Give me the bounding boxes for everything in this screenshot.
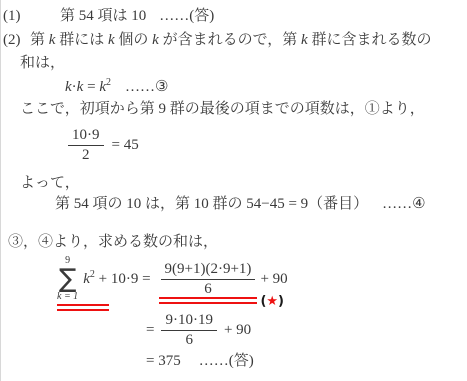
step1-text: 第 54 項は 10 [60,8,146,24]
superscript-2: 2 [106,77,111,88]
fraction-numerator: 9(9+1)(2·9+1) [161,260,256,280]
fraction-9-10-19: 9·10·19 6 [161,311,217,350]
math-solution-page: (1) 第 54 項は 10……(答) (2) 第 k 群には k 個の k が… [0,0,467,381]
fraction-sum-formula: 9(9+1)(2·9+1) 6 (★) [161,260,256,299]
star-annotation: (★) [260,294,284,309]
plus-90: + 90 [260,270,287,289]
fraction-result: = 45 [112,136,139,155]
final-result: = 375 [146,353,181,369]
step2-token: 第 [30,32,49,48]
step2-token: 群に含まれる数の [308,32,432,48]
fraction-numerator: 10·9 [68,126,104,146]
var-k: k [301,32,308,48]
equals-sign: = [83,79,99,95]
step2-token: 個の [115,32,153,48]
lhs-rest: + 10·9 = [99,271,151,287]
fraction-denominator: 2 [82,146,90,165]
terms-count-equation: 10·9 2 = 45 [68,126,139,165]
fraction-10-9-over-2: 10·9 2 [68,126,104,165]
equation-4-ref: ……④ [382,196,425,212]
plus-90: + 90 [224,321,251,340]
step1-line: 第 54 項は 10……(答) [60,7,214,26]
step2-continuation: 和は， [20,54,65,73]
page-edge-line [0,0,1,381]
fraction-numerator: 9·10·19 [161,311,217,331]
step2-text: 第 k 群には k 個の k が含まれるので，第 k 群に含まれる数の [30,31,431,50]
step1-answer-ref: ……(答) [159,8,214,24]
sum-intro-line: ③，④より，求める数の和は， [8,233,218,252]
star-paren-close: ) [278,294,284,309]
step1-number: (1) [3,7,21,26]
sigma-icon: ∑ [59,267,77,291]
final-answer-ref: ……(答) [199,353,254,369]
count-line: ここで，初項から第 9 群の最後の項までの項数は，①より， [20,100,425,119]
var-k: k [65,79,72,95]
position-line: 第 54 項の 10 は，第 10 群の 54−45 = 9（番目）……④ [55,195,426,214]
fraction-denominator: 6 [185,331,193,350]
summation-symbol-group: 9 ∑ k = 1 [57,255,78,303]
superscript-2: 2 [90,269,95,280]
var-k: k [83,271,90,287]
red-double-underline-fraction [159,297,258,304]
var-k: k [152,32,159,48]
var-k: k [99,79,106,95]
equation-3-ref: ……③ [125,79,168,95]
step2-number: (2) [3,31,21,50]
var-k: k [108,32,115,48]
main-equation-line2: = 9·10·19 6 + 90 [146,311,251,350]
step2-token: 群には [55,32,108,48]
equation-3: k·k = k2……③ [65,78,168,97]
yotte-line: よって， [20,174,80,193]
position-text: 第 54 項の 10 は，第 10 群の 54−45 = 9（番目） [55,196,368,212]
step2-token: が含まれるので，第 [159,32,301,48]
red-double-underline-sum [57,304,109,311]
main-equation-line3: = 375……(答) [146,352,254,371]
sum-lower-limit: k = 1 [57,291,78,303]
star-icon: ★ [266,294,278,309]
equals-sign: = [146,321,154,340]
lhs-expression: k2 + 10·9 = [83,270,150,289]
main-equation-line1: 9 ∑ k = 1 k2 + 10·9 = 9(9+1)(2·9+1) 6 (★… [57,255,288,303]
